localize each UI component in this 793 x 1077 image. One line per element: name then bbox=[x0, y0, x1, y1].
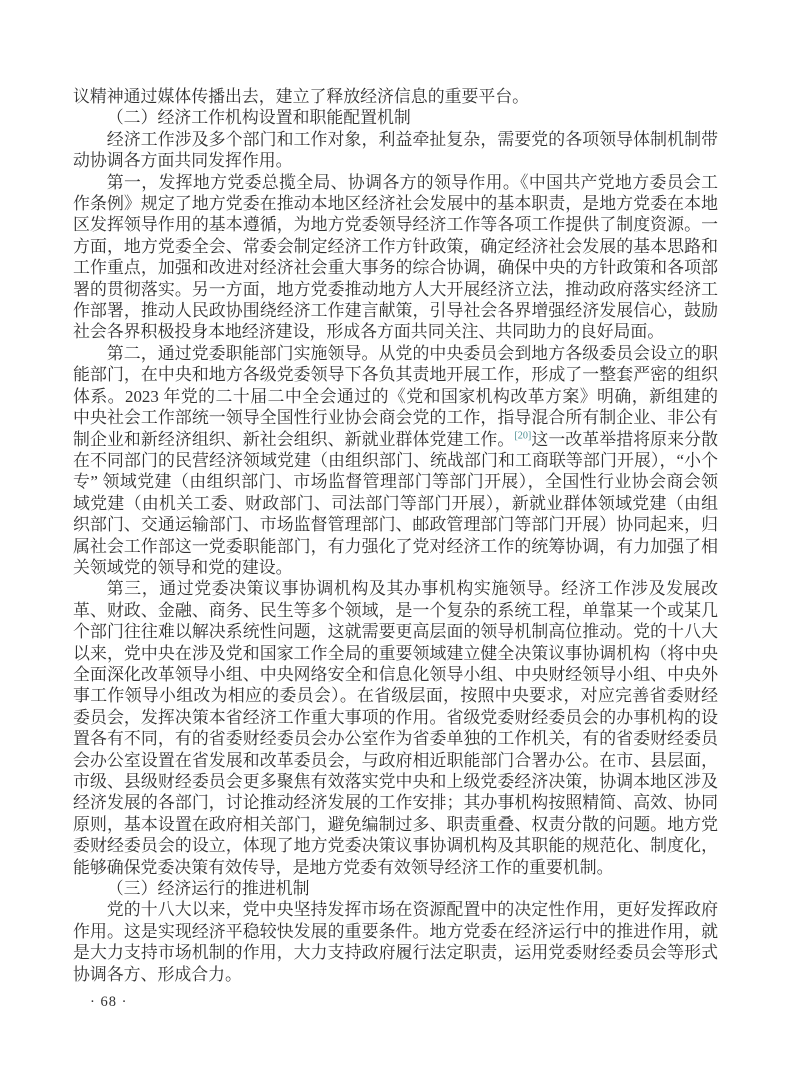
paragraph-intro: 经济工作涉及多个部门和工作对象，利益牵扯复杂，需要党的各项领导体制机制带动协调各… bbox=[73, 129, 718, 172]
paragraph-first-point: 第一，发挥地方党委总揽全局、协调各方的领导作用。《中国共产党地方委员会工作条例》… bbox=[73, 172, 718, 343]
text-block: 议精神通过媒体传播出去，建立了释放经济信息的重要平台。 （二）经济工作机构设置和… bbox=[73, 86, 718, 985]
paragraph-text-after-footnote: 这一改革举措将原来分散在不同部门的民营经济领域党建（由组织部门、统战部门和工商联… bbox=[73, 430, 718, 577]
paragraph-promotion-mechanism: 党的十八大以来，党中央坚持发挥市场在资源配置中的决定性作用，更好发挥政府作用。这… bbox=[73, 899, 718, 985]
footnote-marker: [20] bbox=[514, 430, 531, 441]
paragraph-continuation: 议精神通过媒体传播出去，建立了释放经济信息的重要平台。 bbox=[73, 86, 718, 107]
section-heading-3: （三）经济运行的推进机制 bbox=[73, 878, 718, 899]
document-page: 议精神通过媒体传播出去，建立了释放经济信息的重要平台。 （二）经济工作机构设置和… bbox=[0, 0, 793, 1077]
paragraph-third-point: 第三，通过党委决策议事协调机构及其办事机构实施领导。经济工作涉及发展改革、财政、… bbox=[73, 578, 718, 878]
section-heading-2: （二）经济工作机构设置和职能配置机制 bbox=[73, 107, 718, 128]
page-number: · 68 · bbox=[90, 994, 127, 1011]
paragraph-second-point: 第二，通过党委职能部门实施领导。从党的中央委员会到地方各级委员会设立的职能部门，… bbox=[73, 343, 718, 578]
